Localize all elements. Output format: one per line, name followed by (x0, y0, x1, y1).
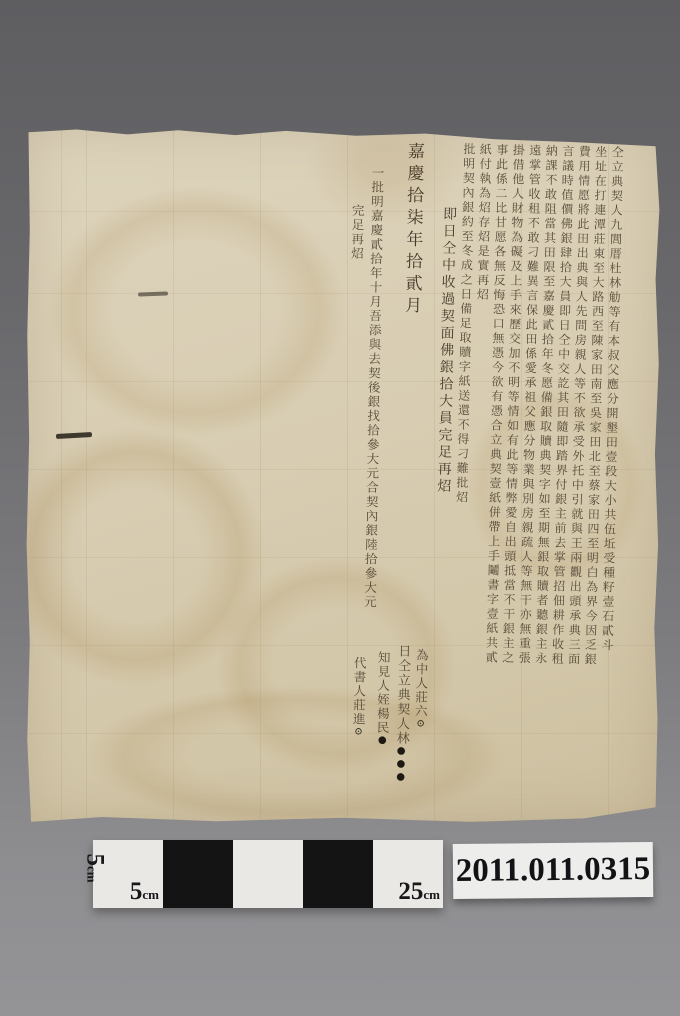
manuscript-paper: 仝立典契人九閭厝杜林觔等有本叔父應分開墾田壹段大小共伍坵受種籽壹石貳斗 坐址在打… (26, 126, 660, 824)
scale-bar: 5cm 5cm 25cm (93, 840, 443, 908)
scale-label-5cm: 5cm (130, 878, 159, 906)
catalog-number-label: 2011.011.0315 (453, 842, 654, 899)
signature-label: 代書人莊進 (351, 656, 367, 726)
scale-label-25cm: 25cm (398, 878, 440, 906)
scale-square-white: 25cm (373, 840, 443, 908)
signature-label: 知見人姪楊民 (375, 651, 391, 735)
signature-contractor: 日仝立典契人林●●● (392, 644, 412, 814)
scale-value: 5 (82, 853, 109, 866)
scale-value: 5 (130, 878, 143, 905)
artifact-photo: 仝立典契人九閭厝杜林觔等有本叔父應分開墾田壹段大小共伍坵受種籽壹石貳斗 坐址在打… (0, 0, 680, 1016)
signature-label: 為中人莊六 (413, 648, 429, 718)
catalog-number: 2011.011.0315 (456, 851, 651, 890)
ink-smudge (56, 432, 92, 439)
scale-unit: cm (85, 866, 100, 883)
ink-seal: ⊙ (353, 726, 364, 739)
scale-label-5cm-vertical: 5cm (81, 853, 109, 882)
signature-witness: 知見人姪楊民● (373, 644, 393, 814)
signature-scribe: 代書人莊進⊙ (349, 643, 369, 813)
scale-square-white: 5cm 5cm (93, 840, 163, 908)
scale-unit: cm (423, 887, 440, 902)
date-column: 嘉慶拾柒年拾貳月 (398, 142, 426, 372)
ink-seal: ⊙ (415, 718, 426, 731)
ink-seal: ●●● (395, 746, 407, 785)
ink-seal: ● (377, 735, 388, 748)
scale-value: 25 (398, 878, 423, 905)
signature-middleman: 為中人莊六⊙ (411, 644, 431, 814)
scale-square-black (163, 840, 233, 908)
contract-body-text: 仝立典契人九閭厝杜林觔等有本叔父應分開墾田壹段大小共伍坵受種籽壹石貳斗 坐址在打… (438, 142, 626, 738)
ink-smudge (138, 291, 168, 296)
paper-stain (6, 426, 266, 686)
signature-block: 為中人莊六⊙ 日仝立典契人林●●● 知見人姪楊民● 代書人莊進⊙ (347, 643, 441, 815)
signature-label: 日仝立典契人林 (394, 644, 411, 746)
scale-unit: cm (142, 887, 159, 902)
scale-square-white (233, 840, 303, 908)
paper-stain (46, 186, 346, 436)
scale-square-black (303, 840, 373, 908)
